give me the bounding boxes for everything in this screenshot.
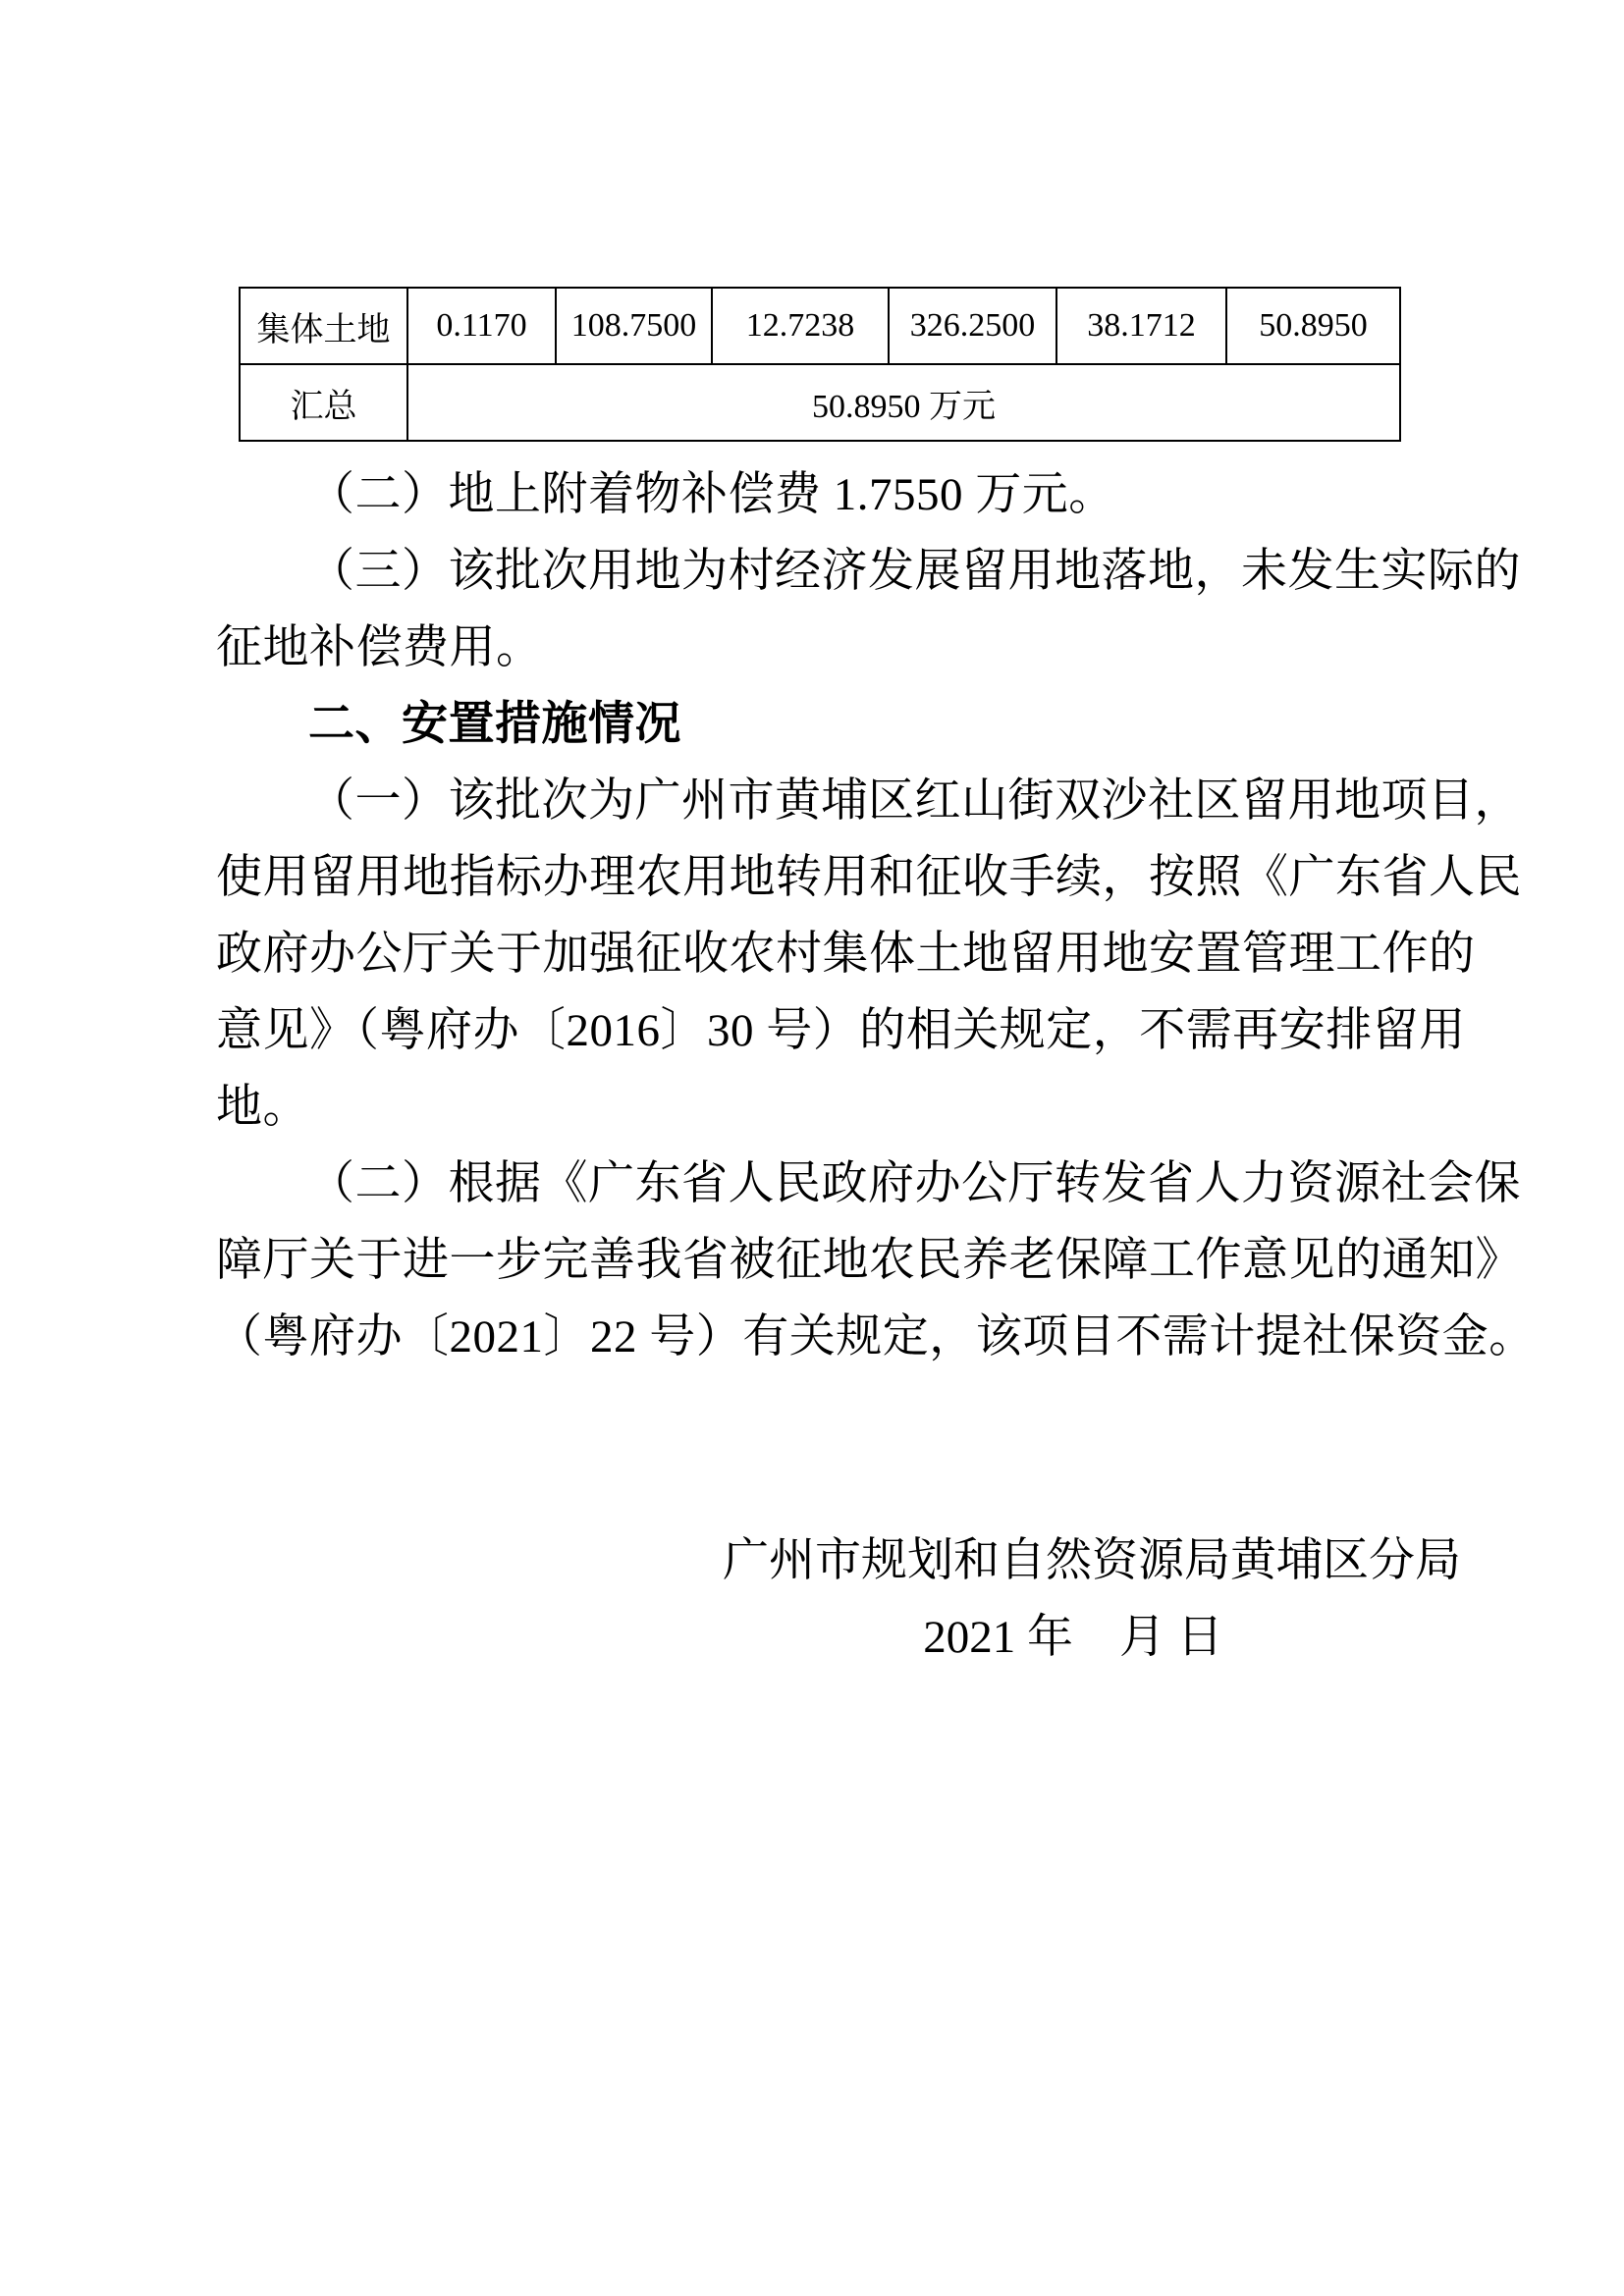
value-cell: 12.7238: [712, 288, 889, 364]
body-line: 障厅关于进一步完善我省被征地农民养老保障工作意见的通知》: [216, 1222, 1424, 1299]
body-line: 使用留用地指标办理农用地转用和征收手续，按照《广东省人民: [216, 839, 1424, 916]
body-line: （三）该批次用地为村经济发展留用地落地，未发生实际的: [216, 533, 1424, 610]
table-row-summary: 汇总 50.8950 万元: [240, 364, 1400, 441]
body-line: （粤府办〔2021〕22 号）有关规定，该项目不需计提社保资金。: [216, 1299, 1424, 1375]
land-type-cell: 集体土地: [240, 288, 407, 364]
body-text-block: （二）地上附着物补偿费 1.7550 万元。 （三）该批次用地为村经济发展留用地…: [216, 456, 1424, 1375]
body-line: （二）地上附着物补偿费 1.7550 万元。: [216, 456, 1424, 533]
value-cell: 326.2500: [889, 288, 1056, 364]
summary-value-cell: 50.8950 万元: [407, 364, 1400, 441]
body-line: 征地补偿费用。: [216, 610, 1424, 686]
section-heading: 二、安置措施情况: [216, 686, 1424, 763]
signature-date: 2021 年 月 日: [723, 1599, 1424, 1676]
value-cell: 50.8950: [1226, 288, 1400, 364]
table-row-collective-land: 集体土地 0.1170 108.7500 12.7238 326.2500 38…: [240, 288, 1400, 364]
body-line: 意见》（粤府办〔2016〕30 号）的相关规定，不需再安排留用: [216, 992, 1424, 1069]
value-cell: 38.1712: [1056, 288, 1226, 364]
body-line: 政府办公厅关于加强征收农村集体土地留用地安置管理工作的: [216, 916, 1424, 992]
summary-label-cell: 汇总: [240, 364, 407, 441]
document-page: 集体土地 0.1170 108.7500 12.7238 326.2500 38…: [0, 0, 1624, 2296]
value-cell: 0.1170: [407, 288, 556, 364]
value-cell: 108.7500: [556, 288, 712, 364]
signature-block: 广州市规划和自然资源局黄埔区分局 2021 年 月 日: [723, 1522, 1424, 1676]
body-line: （一）该批次为广州市黄埔区红山街双沙社区留用地项目，: [216, 763, 1424, 839]
body-line: 地。: [216, 1069, 1424, 1146]
compensation-table: 集体土地 0.1170 108.7500 12.7238 326.2500 38…: [239, 287, 1401, 442]
signature-org: 广州市规划和自然资源局黄埔区分局: [723, 1522, 1424, 1599]
body-line: （二）根据《广东省人民政府办公厅转发省人力资源社会保: [216, 1146, 1424, 1222]
